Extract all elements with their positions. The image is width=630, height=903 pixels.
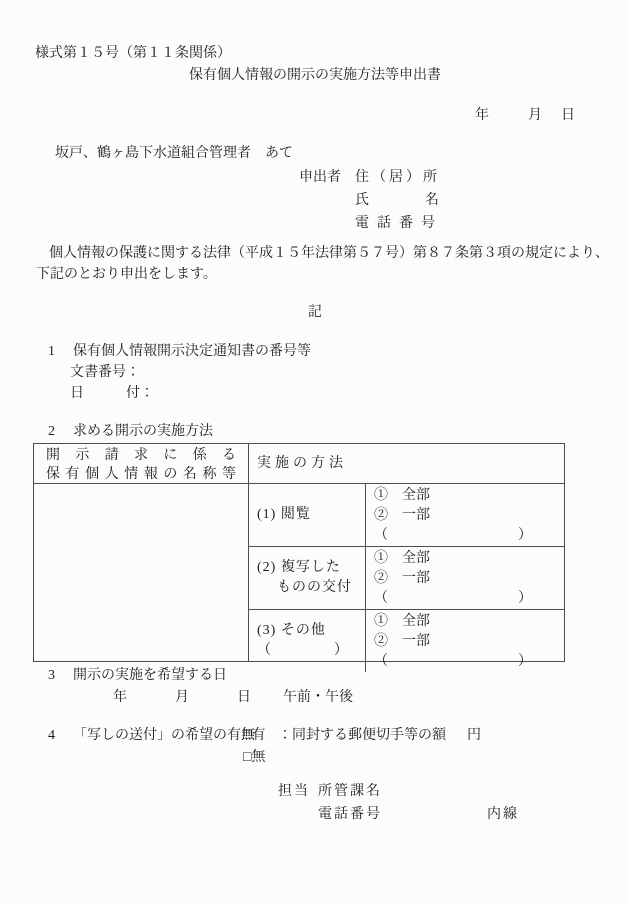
section4-heading: 4「写しの送付」の希望の有無 xyxy=(48,728,255,744)
year-label: 年 xyxy=(113,690,127,706)
ki-separator: 記 xyxy=(0,305,630,321)
year-label: 年 xyxy=(475,108,489,124)
paren-close: ） xyxy=(518,526,532,546)
form-title: 保有個人情報の開示の実施方法等申出書 xyxy=(0,68,630,84)
option-all: ① 全部 xyxy=(374,549,564,569)
section4-number: 4 xyxy=(48,728,73,744)
section2-title: 求める開示の実施方法 xyxy=(73,424,213,439)
paren-close: ） xyxy=(518,589,532,609)
am-pm-label: 午前・午後 xyxy=(283,690,353,706)
addressee-line: 坂戸、鶴ヶ島下水道組合管理者 あて xyxy=(55,146,293,162)
address-label: 住（居）所 xyxy=(355,170,440,185)
paren-close: ） xyxy=(518,652,532,672)
option-part: ② 一部 xyxy=(374,632,564,652)
day-label: 日 xyxy=(237,690,251,706)
paren-open: （ xyxy=(374,589,388,609)
section1-title: 保有個人情報開示決定通知書の番号等 xyxy=(73,344,311,359)
application-form-page: 様式第１５号（第１１条関係） 保有個人情報の開示の実施方法等申出書 年 月 日 … xyxy=(0,0,630,903)
staff-label: 担当 xyxy=(278,784,310,800)
method-3-label-line1: (3) その他 xyxy=(257,621,365,641)
paren-open: （ xyxy=(374,652,388,672)
disclosure-method-table: 開示請求に係る 保有個人情報の名称等 実施の方法 (1) 閲覧 ① 全部 ② 一… xyxy=(33,443,565,662)
law-paragraph-line1: 個人情報の保護に関する法律（平成１５年法律第５７号）第８７条第３項の規定により、 xyxy=(49,246,609,262)
doc-number-field-label: 文書番号： xyxy=(70,365,140,381)
applicant-line: 申出者住（居）所 xyxy=(299,170,440,186)
extension-label: 内線 xyxy=(487,807,519,823)
section3-number: 3 xyxy=(48,668,73,684)
method-2-label-line1: (2) 複写した xyxy=(257,558,365,578)
section4-title: 「写しの送付」の希望の有無 xyxy=(73,728,255,743)
option-part-blank: （ ） xyxy=(374,652,532,672)
section2-heading: 2求める開示の実施方法 xyxy=(48,424,213,440)
options-cell-1: ① 全部 ② 一部 （ ） xyxy=(366,484,564,546)
yen-label: 円 xyxy=(467,728,481,744)
option-part: ② 一部 xyxy=(374,506,564,526)
method-header-cell: 実施の方法 xyxy=(249,444,564,483)
method-2-label-line2: ものの交付 xyxy=(257,578,365,598)
section2-number: 2 xyxy=(48,424,73,440)
applicant-label: 申出者 xyxy=(299,170,341,185)
requested-info-header-line2: 保有個人情報の名称等 xyxy=(46,465,236,484)
law-paragraph-line2: 下記のとおり申出をします。 xyxy=(36,267,217,283)
method-rows: (1) 閲覧 ① 全部 ② 一部 （ ） (2) 複写した ものの交付 xyxy=(249,484,564,661)
paren-open: （ xyxy=(257,641,272,661)
requested-info-name-cell xyxy=(34,484,249,661)
method-cell-3: (3) その他 （ ） xyxy=(249,610,366,672)
method-1-label: (1) 閲覧 xyxy=(257,505,365,525)
phone-label: 電話番号 xyxy=(318,807,382,823)
notice-date-field-label: 日 付： xyxy=(70,386,154,402)
option-part: ② 一部 xyxy=(374,569,564,589)
section1-heading: 1保有個人情報開示決定通知書の番号等 xyxy=(48,344,311,360)
name-label: 氏 名 xyxy=(355,193,439,209)
division-label: 所管課名 xyxy=(318,784,382,800)
section3-title: 開示の実施を希望する日 xyxy=(73,668,227,683)
form-number: 様式第１５号（第１１条関係） xyxy=(35,46,231,62)
method-3-blank: （ ） xyxy=(257,641,349,661)
month-label: 月 xyxy=(175,690,189,706)
section3-heading: 3開示の実施を希望する日 xyxy=(48,668,227,684)
method-cell-1: (1) 閲覧 xyxy=(249,484,366,546)
options-cell-2: ① 全部 ② 一部 （ ） xyxy=(366,547,564,609)
requested-info-header-cell: 開示請求に係る 保有個人情報の名称等 xyxy=(34,444,249,483)
copy-send-no-checkbox: □無 xyxy=(243,750,265,766)
table-body: (1) 閲覧 ① 全部 ② 一部 （ ） (2) 複写した ものの交付 xyxy=(34,484,564,661)
postage-stamp-amount-label: ：同封する郵便切手等の額 xyxy=(278,728,446,744)
option-all: ① 全部 xyxy=(374,486,564,506)
day-label: 日 xyxy=(561,108,575,124)
method-cell-2: (2) 複写した ものの交付 xyxy=(249,547,366,609)
option-part-blank: （ ） xyxy=(374,589,532,609)
requested-info-header-line1: 開示請求に係る xyxy=(46,446,236,465)
section1-number: 1 xyxy=(48,344,73,360)
month-label: 月 xyxy=(528,108,542,124)
paren-open: （ xyxy=(374,526,388,546)
options-cell-3: ① 全部 ② 一部 （ ） xyxy=(366,610,564,672)
table-row: (2) 複写した ものの交付 ① 全部 ② 一部 （ ） xyxy=(249,547,564,610)
table-header-row: 開示請求に係る 保有個人情報の名称等 実施の方法 xyxy=(34,444,564,484)
phone-label: 電話番号 xyxy=(355,216,443,232)
table-row: (1) 閲覧 ① 全部 ② 一部 （ ） xyxy=(249,484,564,547)
option-part-blank: （ ） xyxy=(374,526,532,546)
paren-close: ） xyxy=(334,641,349,661)
table-row: (3) その他 （ ） ① 全部 ② 一部 （ ） xyxy=(249,610,564,672)
option-all: ① 全部 xyxy=(374,612,564,632)
copy-send-yes-checkbox: □有 xyxy=(243,728,265,744)
